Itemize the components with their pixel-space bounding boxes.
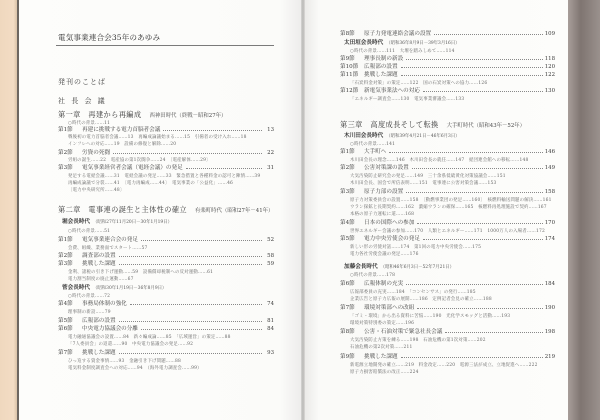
toc-subentries: 理事制の新設……79 (68, 311, 111, 315)
toc-subentries: 「7人委員会」の返還……90 中央電力協議会の発足……92 (68, 343, 193, 347)
toc-entry-ch2-s10[interactable]: 第10節 広報部の設置 120 (340, 65, 555, 71)
toc-subentries: 本格の原子力運転に道……168 (350, 213, 414, 217)
toc-entry-ch2-s11[interactable]: 第11節 挑戦した課題 122 (340, 73, 555, 79)
toc-entry-ch1-s1[interactable]: 第1節 再建に挑戦する電力首脳者会議 13 (58, 128, 274, 134)
page-number: 146 (545, 150, 555, 155)
leader-dots (406, 191, 543, 193)
chapter-1-background: ○時代の背景……11 (68, 122, 110, 126)
toc-subentries: 〔電力中央研究所……48〕 (68, 189, 125, 193)
leader-dots (119, 255, 262, 257)
leader-dots (141, 239, 262, 241)
page-number: 74 (264, 302, 274, 307)
chapter-3-title: 第三章 高度成長そして転換 (340, 120, 439, 129)
chapter-2-era: 有楽町時代（昭和27年－41年） (195, 208, 273, 214)
toc-subentries: 「石炭料金対策」の策定……122 国の石炭対策への協力……126 (350, 82, 487, 86)
toc-entry-ch2-s7[interactable]: 第7節 挑戦した課題 93 (58, 351, 274, 357)
toc-entry-ch2-s1[interactable]: 第1節 電気事業連合会の発足 52 (58, 238, 274, 244)
page-number: 22 (264, 151, 274, 156)
chapter-1-heading: 第一章 再建から再編成西神田時代（終戦－昭和27年） (58, 111, 226, 119)
president-era-hori: 堀会長時代（昭和27年11月20日－30年1月19日） (62, 220, 172, 226)
era-background: ○時代の背景……72 (68, 295, 110, 299)
toc-entry-ch3-s4[interactable]: 第4節 日本の国際への参加 170 (340, 221, 555, 227)
president-era-kato: 加藤会長時代（昭和46年6月3日－52年7月21日） (344, 265, 454, 271)
leader-dots (163, 129, 262, 131)
page-number: 84 (264, 327, 274, 332)
page-number: 170 (545, 221, 555, 226)
toc-subentries: 会費、組織、業務面でスタート……57 (68, 247, 147, 251)
toc-subentries: 電力各社労使会議の発足……176 (350, 253, 419, 257)
toc-subentries: 「エネルギー調査会……130 電気事業審議会……133 (350, 98, 464, 102)
toc-entry-ch3-s1[interactable]: 第1節 大手町へ 146 (340, 150, 555, 156)
page-number: 120 (545, 65, 555, 70)
toc-entry-ch2-s4[interactable]: 第4節 事務局体制の強化 74 (58, 302, 274, 308)
page-number: 122 (545, 73, 555, 78)
page-number: 174 (545, 237, 555, 242)
page-number: 149 (545, 166, 555, 171)
page-number: 198 (545, 330, 555, 335)
toc-subentries: 企業広告と原子力広報の展開……186 定例記者会見の確立……188 (350, 298, 492, 302)
chapter-1-title: 第一章 再建から再編成 (58, 110, 141, 119)
toc-subentries: 「ゴミ・環境」から出る資料に苦悩……190 光化学スモッグと活動……193 (350, 315, 510, 319)
page-number: 58 (264, 254, 274, 259)
page-number: 190 (545, 306, 555, 311)
toc-subentries: 大気汚染防止方策を練る……198 石油危機の第1次対策……202 (350, 339, 486, 343)
toc-subentries: インフレへの対応……19 設備の修復と解除……20 (68, 143, 176, 147)
toc-subentries: 世界エネルギー会議の参加……170 人類とエネルギー……171 1000万人の入… (350, 230, 545, 234)
toc-entry-ch2-s8[interactable]: 第8節 原子力発電連絡会議の設置 109 (340, 32, 555, 38)
toc-entry-ch3-s6[interactable]: 第6節 広報体制の充実 184 (340, 282, 555, 288)
chapter-2-heading: 第二章 電事連の誕生と主体性の確立有楽町時代（昭和27年－41年） (58, 206, 273, 214)
toc-entry-ch1-s3[interactable]: 第3節 電気事業経営者会議（電経会議）の発足 31 (58, 166, 274, 172)
chapter-3-era: 大手町時代（昭和43年－52年） (447, 123, 525, 129)
leader-dots (389, 151, 542, 153)
toc-subentries: 原子力対策委員会の設置……158 〔動燃事業団の発足……160〕 核燃料輸送問題… (350, 199, 552, 203)
leader-dots (130, 303, 262, 305)
front-matter-presidents-meeting: 社 長 会 議 (58, 96, 107, 106)
toc-entry-ch2-s12[interactable]: 第12節 新電気事業法への対応 130 (340, 89, 555, 95)
page-number: 130 (545, 89, 555, 94)
toc-subentries: ウラン探鉱と長期契約……162 濃縮ウランの確保……165 核燃料再処理施設で契… (350, 206, 547, 210)
toc-subentries: 新しい形の労使対話……174 第1回の電力中央労使会……175 (350, 246, 481, 250)
page-number: 93 (264, 351, 274, 356)
page-number: 184 (545, 282, 555, 287)
leader-dots (406, 58, 543, 60)
leader-dots (423, 238, 543, 240)
leader-dots (401, 356, 543, 358)
page-number: 52 (264, 238, 274, 243)
toc-subentries: 広報部委員の充実……184 「コンセンサス」の発行……185 (350, 291, 476, 295)
leader-dots (417, 307, 542, 309)
toc-subentries: 発足する電経会議……31 電経会議の発足……33 緊急措置と各種料金の認可と陳情… (68, 175, 260, 179)
toc-entry-ch2-s6[interactable]: 第6節 中央電力協議会の分離 84 (58, 327, 274, 333)
toc-entry-ch1-s2[interactable]: 第2節 労資の死闘 22 (58, 151, 274, 157)
toc-entry-ch3-s8[interactable]: 第8節 公害・石油対策で緊急社長会議 198 (340, 330, 555, 336)
book-gutter (301, 0, 305, 420)
leader-dots (401, 74, 543, 76)
toc-subentries: 木川田会長の理念……146 木川田会長の就任……147 経団連会館への移転……1… (350, 159, 528, 163)
president-era-suga: 菅会長時代（昭和30年1月19日－36年8月9日） (62, 286, 166, 292)
toc-subentries: 石油危機の第2次対策……211 (350, 346, 412, 350)
leader-dots (423, 90, 543, 92)
toc-subentries: 大気汚染防止研究会の発足……149 三十余県低硫黄化対策協議会……151 (350, 175, 506, 179)
leader-dots (113, 152, 262, 154)
president-era-ohtagaki: 太田垣会長時代（昭和36年8月9日－39年3月16日） (344, 41, 460, 47)
toc-subentries: 木川田会長、国会で所信表明……151 電事連に公害対策会議……153 (350, 182, 497, 186)
toc-entry-ch2-s2[interactable]: 第2節 調査部の設置 58 (58, 254, 274, 260)
book-spread: 電気事業連合会35年のあゆみ 発刊のことば 社 長 会 議 第一章 再建から再編… (0, 0, 600, 420)
right-page-edge (568, 0, 600, 420)
toc-subentries: 環境対策特別委の策定……196 (350, 322, 414, 326)
book-title: 電気事業連合会35年のあゆみ (58, 32, 160, 43)
leader-dots (434, 33, 543, 35)
front-matter-foreword: 発刊のことば (58, 77, 106, 87)
page-number: 13 (264, 128, 274, 133)
toc-entry-ch3-s2[interactable]: 第2節 公害対策課の設置 149 (340, 166, 555, 172)
leader-dots (445, 331, 542, 333)
page-number: 31 (264, 166, 274, 171)
leader-dots (417, 222, 542, 224)
toc-entry-ch2-s9[interactable]: 第9節 理事長制の新設 118 (340, 57, 555, 63)
chapter-2-title: 第二章 電事連の誕生と主体性の確立 (58, 205, 187, 214)
page-number: 118 (545, 57, 555, 62)
leader-dots (412, 167, 543, 169)
page-number: 158 (545, 190, 555, 195)
era-background: ○時代の背景……51 (68, 230, 110, 234)
page-number: 219 (545, 355, 555, 360)
toc-subentries: 新電源立地開発の確立……219 料金改定……220 電源三法が成立、立地促進へ…… (350, 364, 538, 368)
toc-subentries: 金利、諸税の引き下げ運動……59 設備償却税制への反対運動……61 (68, 271, 213, 275)
toc-entry-ch2-s5[interactable]: 第5節 広報部の設置 81 (58, 319, 274, 325)
toc-entry-ch3-s5[interactable]: 第5節 電力中央労使会の発足 174 (340, 237, 555, 243)
toc-subentries: 電力融通協議会の設置……84 新々編成論……85 「広域運営」の策定……88 (68, 336, 231, 340)
page-number: 109 (545, 32, 555, 37)
toc-subentries: 労組の誕生……22 電産協の第1次闘争……24 〔電産解体……29〕 (68, 159, 211, 163)
chapter-3-heading: 第三章 高度成長そして転換大手町時代（昭和43年－52年） (340, 121, 525, 129)
toc-entry-ch3-s9[interactable]: 第9節 挑戦した課題 219 (340, 355, 555, 361)
page-number: 59 (264, 262, 274, 267)
toc-entry-ch3-s3[interactable]: 第3節 原子力部の設置 158 (340, 190, 555, 196)
leader-dots (119, 352, 262, 354)
toc-subentries: 電気料金制度調査会への対応……94 （海外電力調査会……99） (68, 367, 202, 371)
era-background: ○時代の背景……141 (350, 143, 395, 147)
era-background: ○時代の背景……111 大堰を踏みしめて……114 (350, 50, 455, 54)
title-underline (56, 45, 274, 46)
left-page-edge (0, 0, 17, 420)
toc-subentries: 原子力損害賠償法の改正……224 (350, 371, 419, 375)
president-era-kikawada: 木川田会長時代（昭和39年4月21日－46年6月3日） (344, 134, 460, 140)
toc-subentries: 戦後初の電力首脳者会議……13 再編成論議始まる……15 引揚者の受け入れ……1… (68, 136, 247, 140)
toc-subentries: 電力割当制度の廃止運動……67 (68, 278, 134, 282)
leader-dots (186, 167, 262, 169)
toc-entry-ch2-s3[interactable]: 第3節 挑戦した課題 59 (58, 262, 274, 268)
page-number: 81 (264, 319, 274, 324)
leader-dots (119, 320, 262, 322)
leader-dots (141, 328, 262, 330)
toc-entry-ch3-s7[interactable]: 第7節 環境対策部への改組 190 (340, 306, 555, 312)
era-background: ○時代の背景……178 (350, 274, 395, 278)
leader-dots (401, 66, 543, 68)
chapter-1-era: 西神田時代（終戦－昭和27年） (149, 113, 226, 119)
leader-dots (406, 283, 543, 285)
toc-subentries: 再編成論議で分裂……41 〔電力再編成……44〕 電気事業の「公益化」……46 (68, 182, 233, 186)
toc-subentries: ひっ迫する資金事情……93 金融引き下げ問題……88 (68, 360, 181, 364)
leader-dots (119, 263, 262, 265)
